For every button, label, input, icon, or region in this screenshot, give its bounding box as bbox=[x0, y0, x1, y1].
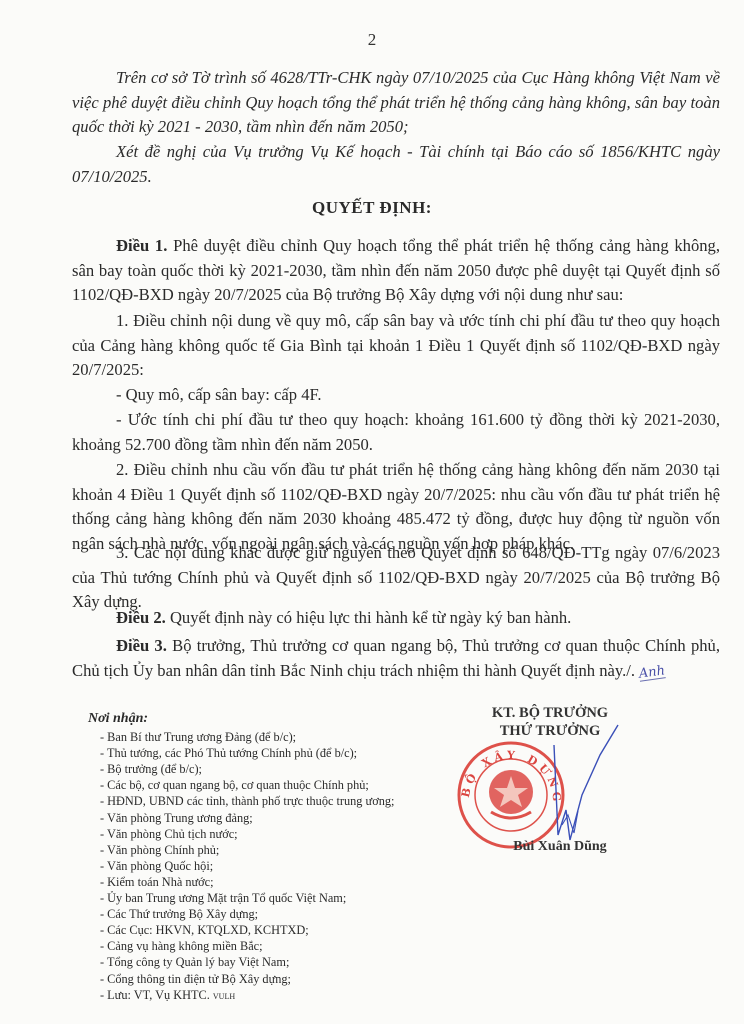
article-1-label: Điều 1. bbox=[116, 236, 167, 255]
decision-title: QUYẾT ĐỊNH: bbox=[0, 198, 744, 218]
preamble-text-1: Trên cơ sở Tờ trình số 4628/TTr-CHK ngày… bbox=[72, 68, 720, 136]
article-2-label: Điều 2. bbox=[116, 608, 166, 627]
article-1-item-1-cost: - Ước tính chi phí đầu tư theo quy hoạch… bbox=[72, 408, 720, 457]
recipient-item: - Ủy ban Trung ương Mặt trận Tổ quốc Việ… bbox=[88, 890, 428, 906]
preamble-paragraph-2: Xét đề nghị của Vụ trưởng Vụ Kế hoạch - … bbox=[72, 140, 720, 189]
recipient-item: - Bộ trưởng (để b/c); bbox=[88, 761, 428, 777]
recipient-item: - Cảng vụ hàng không miền Bắc; bbox=[88, 938, 428, 954]
article-2-text: Quyết định này có hiệu lực thi hành kể t… bbox=[170, 608, 571, 627]
recipient-item: - Cổng thông tin điện tử Bộ Xây dựng; bbox=[88, 971, 428, 987]
recipient-item: - Văn phòng Trung ương đảng; bbox=[88, 810, 428, 826]
article-1-item-2-text: 2. Điều chỉnh nhu cầu vốn đầu tư phát tr… bbox=[72, 460, 720, 553]
article-1-text: Phê duyệt điều chỉnh Quy hoạch tổng thể … bbox=[72, 236, 720, 304]
recipient-item: - Thủ tướng, các Phó Thủ tướng Chính phủ… bbox=[88, 745, 428, 761]
article-3-label: Điều 3. bbox=[116, 636, 167, 655]
preamble-paragraph-1: Trên cơ sở Tờ trình số 4628/TTr-CHK ngày… bbox=[72, 66, 720, 140]
article-1-item-1-text: 1. Điều chỉnh nội dung về quy mô, cấp sâ… bbox=[72, 311, 720, 379]
cost-text: - Ước tính chi phí đầu tư theo quy hoạch… bbox=[72, 410, 720, 454]
recipient-item: - Tổng công ty Quản lý bay Việt Nam; bbox=[88, 954, 428, 970]
article-1-item-1-scale: - Quy mô, cấp sân bay: cấp 4F. bbox=[72, 383, 720, 408]
article-1-item-1: 1. Điều chỉnh nội dung về quy mô, cấp sâ… bbox=[72, 309, 720, 383]
article-1-item-3: 3. Các nội dung khác được giữ nguyên the… bbox=[72, 541, 720, 615]
recipient-item: - Các Thứ trưởng Bộ Xây dựng; bbox=[88, 906, 428, 922]
recipient-item-archive: - Lưu: VT, Vụ KHTC. VULH bbox=[88, 987, 428, 1005]
article-1-item-3-text: 3. Các nội dung khác được giữ nguyên the… bbox=[72, 543, 720, 611]
preamble-text-2: Xét đề nghị của Vụ trưởng Vụ Kế hoạch - … bbox=[72, 142, 720, 186]
recipient-item: - Văn phòng Quốc hội; bbox=[88, 858, 428, 874]
signer-name: Bùi Xuân Dũng bbox=[480, 839, 640, 855]
recipient-item: - Văn phòng Chủ tịch nước; bbox=[88, 826, 428, 842]
recipient-item: - Các bộ, cơ quan ngang bộ, cơ quan thuộ… bbox=[88, 777, 428, 793]
archive-suffix: VULH bbox=[213, 992, 235, 1001]
article-1: Điều 1. Phê duyệt điều chỉnh Quy hoạch t… bbox=[72, 234, 720, 308]
recipient-item: - Các Cục: HKVN, KTQLXD, KCHTXD; bbox=[88, 922, 428, 938]
recipients-list: Nơi nhận: - Ban Bí thư Trung ương Đảng (… bbox=[88, 711, 428, 1005]
page-number: 2 bbox=[0, 30, 744, 50]
recipient-item: - Kiểm toán Nhà nước; bbox=[88, 874, 428, 890]
recipients-heading: Nơi nhận: bbox=[88, 711, 428, 727]
recipient-item: - HĐND, UBND các tỉnh, thành phố trực th… bbox=[88, 793, 428, 809]
scale-text: - Quy mô, cấp sân bay: cấp 4F. bbox=[116, 385, 322, 404]
recipient-item: - Ban Bí thư Trung ương Đảng (để b/c); bbox=[88, 729, 428, 745]
article-2: Điều 2. Quyết định này có hiệu lực thi h… bbox=[72, 606, 720, 631]
archive-text: - Lưu: VT, Vụ KHTC. bbox=[100, 988, 210, 1002]
initials-mark: Anh bbox=[638, 665, 666, 682]
recipient-items: - Ban Bí thư Trung ương Đảng (để b/c);- … bbox=[88, 729, 428, 987]
article-3: Điều 3. Bộ trưởng, Thủ trưởng cơ quan ng… bbox=[72, 634, 720, 683]
article-3-text: Bộ trưởng, Thủ trưởng cơ quan ngang bộ, … bbox=[72, 636, 720, 680]
recipient-item: - Văn phòng Chính phủ; bbox=[88, 842, 428, 858]
signature-scribble-icon bbox=[540, 715, 640, 850]
